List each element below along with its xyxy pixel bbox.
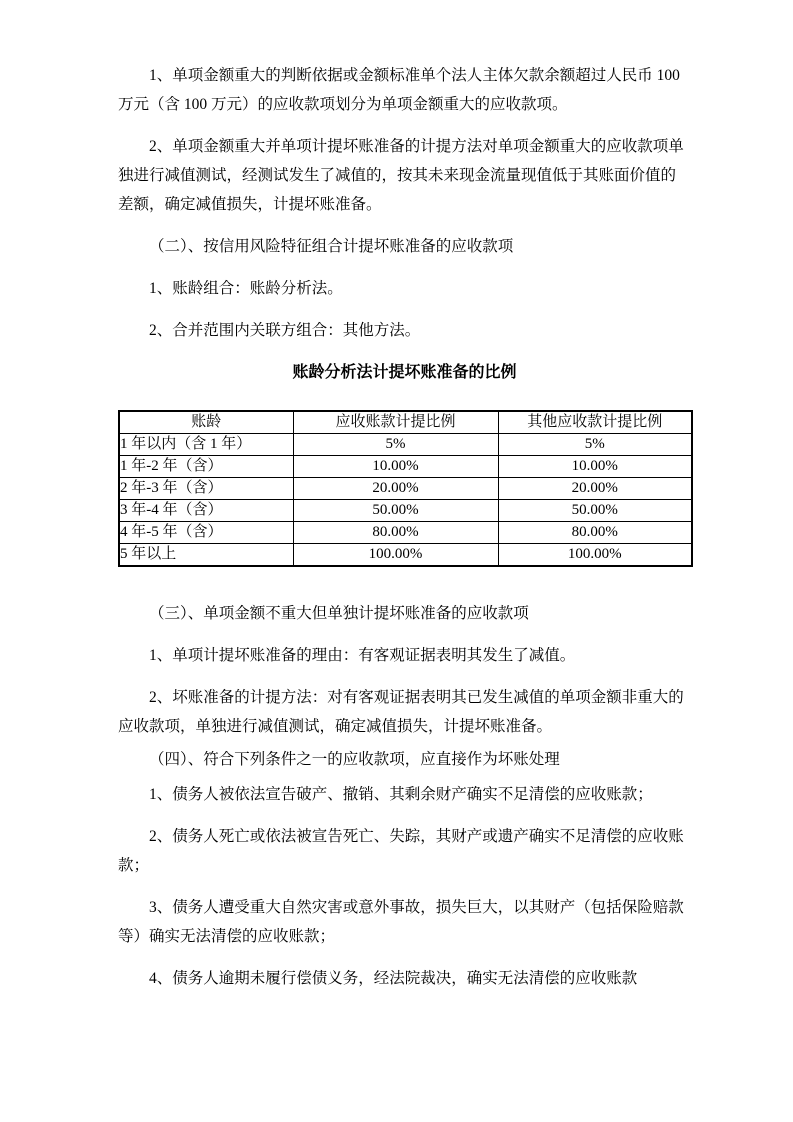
table-cell-ratio: 50.00% xyxy=(293,500,498,522)
section2-item-aging-group: 1、账龄组合：账龄分析法。 xyxy=(118,274,691,303)
section-heading-2: （二）、按信用风险特征组合计提坏账准备的应收款项 xyxy=(118,232,691,261)
table-cell-ratio: 100.00% xyxy=(498,544,692,567)
table-cell-ratio: 100.00% xyxy=(293,544,498,567)
table-cell-age: 1 年以内（含 1 年） xyxy=(119,434,293,456)
table-cell-ratio: 10.00% xyxy=(293,456,498,478)
section3-item-provision-reason: 1、单项计提坏账准备的理由：有客观证据表明其发生了减值。 xyxy=(118,641,691,670)
aging-analysis-table: 账龄 应收账款计提比例 其他应收款计提比例 1 年以内（含 1 年） 5% 5%… xyxy=(118,410,693,567)
section4-item-death: 2、债务人死亡或依法被宣告死亡、失踪，其财产或遗产确实不足清偿的应收账款； xyxy=(118,822,691,880)
table-header-aging: 账龄 xyxy=(119,411,293,434)
table-caption: 账龄分析法计提坏账准备的比例 xyxy=(118,358,691,387)
table-cell-ratio: 80.00% xyxy=(293,522,498,544)
table-row: 5 年以上 100.00% 100.00% xyxy=(119,544,692,567)
section4-item-overdue: 4、债务人逾期未履行偿债义务，经法院裁决，确实无法清偿的应收账款 xyxy=(118,964,691,993)
table-cell-age: 5 年以上 xyxy=(119,544,293,567)
document-page: 1、单项金额重大的判断依据或金额标准单个法人主体欠款余额超过人民币 100 万元… xyxy=(0,0,793,1122)
table-cell-ratio: 5% xyxy=(293,434,498,456)
table-row: 4 年-5 年（含） 80.00% 80.00% xyxy=(119,522,692,544)
table-header-receivables-ratio: 应收账款计提比例 xyxy=(293,411,498,434)
table-row: 2 年-3 年（含） 20.00% 20.00% xyxy=(119,478,692,500)
table-header-other-receivables-ratio: 其他应收款计提比例 xyxy=(498,411,692,434)
table-cell-age: 4 年-5 年（含） xyxy=(119,522,293,544)
table-cell-ratio: 20.00% xyxy=(498,478,692,500)
paragraph-significant-amount-criteria: 1、单项金额重大的判断依据或金额标准单个法人主体欠款余额超过人民币 100 万元… xyxy=(118,61,691,119)
paragraph-individual-provision-method: 2、单项金额重大并单项计提坏账准备的计提方法对单项金额重大的应收款项单独进行减值… xyxy=(118,132,691,219)
section4-item-disaster: 3、债务人遭受重大自然灾害或意外事故，损失巨大，以其财产（包括保险赔款等）确实无… xyxy=(118,893,691,951)
table-cell-ratio: 5% xyxy=(498,434,692,456)
table-row: 3 年-4 年（含） 50.00% 50.00% xyxy=(119,500,692,522)
table-cell-ratio: 20.00% xyxy=(293,478,498,500)
section2-item-related-party-group: 2、合并范围内关联方组合：其他方法。 xyxy=(118,316,691,345)
table-cell-age: 1 年-2 年（含） xyxy=(119,456,293,478)
table-cell-age: 3 年-4 年（含） xyxy=(119,500,293,522)
table-header-row: 账龄 应收账款计提比例 其他应收款计提比例 xyxy=(119,411,692,434)
section3-item-provision-method: 2、坏账准备的计提方法：对有客观证据表明其已发生减值的单项金额非重大的应收款项，… xyxy=(118,683,691,741)
table-cell-ratio: 10.00% xyxy=(498,456,692,478)
section4-item-bankruptcy: 1、债务人被依法宣告破产、撤销、其剩余财产确实不足清偿的应收账款； xyxy=(118,780,691,809)
section-heading-3: （三）、单项金额不重大但单独计提坏账准备的应收款项 xyxy=(118,599,691,628)
table-cell-age: 2 年-3 年（含） xyxy=(119,478,293,500)
table-row: 1 年-2 年（含） 10.00% 10.00% xyxy=(119,456,692,478)
section-heading-4: （四）、符合下列条件之一的应收款项，应直接作为坏账处理 xyxy=(118,745,691,774)
table-row: 1 年以内（含 1 年） 5% 5% xyxy=(119,434,692,456)
table-cell-ratio: 50.00% xyxy=(498,500,692,522)
table-cell-ratio: 80.00% xyxy=(498,522,692,544)
